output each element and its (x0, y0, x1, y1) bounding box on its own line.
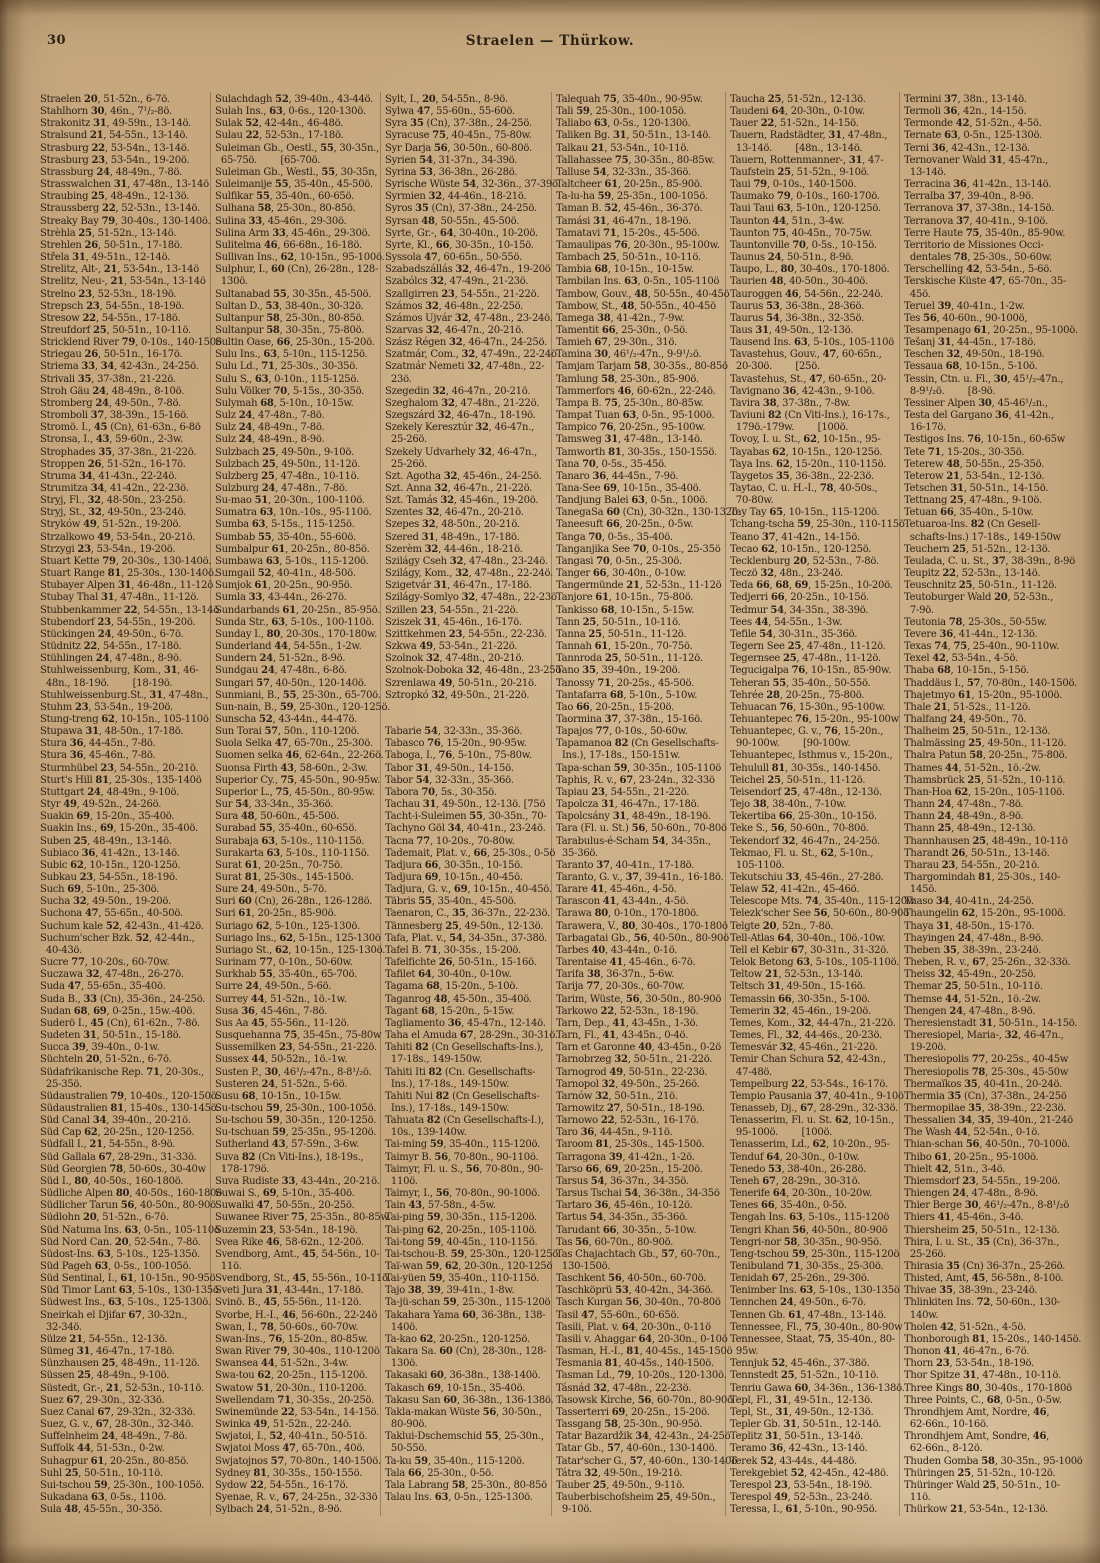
index-entry: Thermopilae 35, 38-39n., 22-23ö. (904, 1103, 1080, 1115)
index-entry: Süd Timor Lant 63, 5-10s., 130-135ö (40, 1285, 211, 1297)
index-entry: Syssola 47, 60-65n., 50-55ö. (385, 252, 552, 264)
index-entry: Strehlen 26, 50-51n., 17-18ö. (40, 240, 211, 252)
index-entry: Tana 70, 0-5s., 35-45ö. (556, 459, 726, 471)
index-entry: Szt. Anna 32, 46-47n., 21-22ö. (385, 483, 552, 495)
index-entry: Tahiti 82 (Cn Gesellschafts-Ins.), (385, 1042, 552, 1054)
index-entry: Strelitz, Neu-, 21, 53-54n., 13-14ö (40, 276, 211, 288)
index-entry: Szt. Tamás 32, 45-46n., 19-20ö. (385, 495, 552, 507)
index-entry: Sulz 24, 48-49n., 8-9ö. (215, 434, 382, 446)
index-entry: Taunton 44, 51n., 3-4w. (730, 216, 900, 228)
index-entry: Tamsweg 31, 47-48n., 13-14ö. (556, 434, 726, 446)
index-entry: Talequah 75, 35-40n., 90-95w. (556, 94, 726, 106)
index-entry: Suwalki 47, 50-55n., 20-25ö. (215, 1200, 382, 1212)
index-entry (385, 714, 552, 726)
index-entry: Susu 68, 10-15n., 10-15w. (215, 1091, 382, 1103)
index-entry: Tenes 66, 35-40n., 0-5ö. (730, 1200, 900, 1212)
index-entry: Striema 33, 34, 42-43n., 24-25ö. (40, 361, 211, 373)
index-entry: Suchum'scher Bzk. 52, 42-44n., (40, 933, 211, 945)
index-entry: Talau Ins. 63, 0-5n., 125-130ö. (385, 1492, 552, 1504)
index-entry: Swa-tou 62, 20-25n., 115-120ö. (215, 1370, 382, 1382)
index-entry: Sur 54, 33-34n., 35-36ö. (215, 799, 382, 811)
index-entry: Taschköprü 53, 40-42n., 34-36ö. (556, 1285, 726, 1297)
index-entry: Sulz 24, 47-48n., 7-8ö. (215, 410, 382, 422)
index-entry: Tas Chajachtach Gb., 57, 60-70n., (556, 1249, 726, 1261)
index-entry: Tefile 54, 30-31n., 35-36ö. (730, 629, 900, 641)
index-entry: Terschelling 42, 53-54n., 5-6ö. (904, 264, 1080, 276)
index-entry: Sulzbach 25, 49-50n., 11-12ö. (215, 459, 382, 471)
index-entry: Suri 61, 20-25n., 85-90ö. (215, 908, 382, 920)
index-entry: Taunus 24, 50-51n., 8-9ö. (730, 252, 900, 264)
index-entry: Termini 37, 38n., 13-14ö. (904, 94, 1080, 106)
index-entry: Thermaïkos 35, 40-41n., 20-24ö. (904, 1079, 1080, 1091)
index-entry: Sveti Jura 31, 43-44n., 17-18ö. (215, 1285, 382, 1297)
index-entry: Tarnopol 32, 49-50n., 25-26ö. (556, 1079, 726, 1091)
index-entry: Surkhab 55, 35-40n., 65-70ö. (215, 969, 382, 981)
index-entry: Tholen 42, 51-52n., 4-5ö. (904, 1322, 1080, 1334)
index-entry: Tann 25, 50-51n., 10-11ö. (556, 617, 726, 629)
index-entry: Thayingen 24, 47-48n., 8-9ö. (904, 933, 1080, 945)
index-entry: Südwest Ins., 63, 5-10s., 125-130ö. (40, 1297, 211, 1309)
index-entry: Szabadszállás 32, 46-47n., 19-20ö (385, 264, 552, 276)
index-entry: Tarbes 40, 43-44n., 0-1ö. (556, 945, 726, 957)
index-entry: Szilágy-Somlyo 32, 47-48n., 22-23ö (385, 592, 552, 604)
index-entry: Taytao, C. u. H.-I., 78, 40-50s., (730, 483, 900, 495)
index-entry: Syrte, Gr.-, 64, 30-40n., 10-20ö. (385, 228, 552, 240)
index-entry: Tagama 68, 15-20n., 5-10ö. (385, 981, 552, 993)
index-entry: 178-179ö. (215, 1164, 382, 1176)
index-entry: Sun-nain, B., 59, 25-30n., 120-125ö. (215, 702, 382, 714)
index-entry: Suriago 62, 5-10n., 125-130ö. (215, 921, 382, 933)
index-entry: 25-26ö. (385, 459, 552, 471)
index-entry: Tai-ming 59, 35-40n., 115-120ö. (385, 1139, 552, 1151)
index-entry: 32-34ö. (40, 1322, 211, 1334)
index-entry: Syrte, Kl., 66, 30-35n., 10-15ö. (385, 240, 552, 252)
index-entry: Swjatoi Moss 47, 65-70n., 40ö. (215, 1443, 382, 1455)
index-entry: Subkau 23, 54-55n., 18-19ö. (40, 872, 211, 884)
index-entry: 140w. (904, 1310, 1080, 1322)
index-entry: Thannhausen 25, 48-49n., 10-11ö (904, 836, 1080, 848)
index-entry: Terranova 37, 40-41n., 9-10ö. (904, 216, 1080, 228)
index-entry: Temes, Fl., 32, 44-46s., 20-23ö. (730, 1030, 900, 1042)
index-entry: Taimyr, Fl. u. S., 56, 70-80n., 90- (385, 1164, 552, 1176)
index-entry: Surre 24, 49-50n., 5-6ö. (215, 981, 382, 993)
index-entry: Telgte 20, 52n., 7-8ö. (730, 921, 900, 933)
index-entry: Thiers 41, 45-46n., 3-4ö. (904, 1212, 1080, 1224)
index-entry: Tagant 68, 15-20n., 5-15w. (385, 1006, 552, 1018)
index-entry: Strakonitz 31, 49-59n., 13-14ö. (40, 118, 211, 130)
index-entry: Stresow 22, 54-55n., 17-18ö. (40, 313, 211, 325)
index-entry: Tangermünde 21, 52-53n., 11-12ö (556, 580, 726, 592)
index-entry: Suzemin 23, 53-54n., 18-19ö. (215, 1225, 382, 1237)
index-entry: Tapolcsány 31, 48-49n., 18-19ö. (556, 811, 726, 823)
index-entry: Ta-ku 59, 35-40n., 115-120ö. (385, 1456, 552, 1468)
index-entry: 130ö. (215, 276, 382, 288)
index-entry: Tabora 70, 5s., 30-35ö. (385, 787, 552, 799)
index-entry: Tai-yüen 59, 35-40n., 110-115ö. (385, 1273, 552, 1285)
index-entry: Theben, R. v., 67, 25-26n., 32-33ö. (904, 957, 1080, 969)
index-entry: Strasswalchen 31, 47-48n., 13-14ö (40, 179, 211, 191)
index-entry: Tarabulus-é-Scham 54, 34-35n., (556, 836, 726, 848)
index-entry: Takla-makan Wüste 56, 30-50n., (385, 1407, 552, 1419)
index-entry: Swinemünde 22, 53-54n., 14-15ö. (215, 1407, 382, 1419)
index-entry: Südlicher Tarun 56, 40-50n., 80-90ö (40, 1200, 211, 1212)
index-entry: Tenasserim, Ld., 62, 10-20n., 95- (730, 1139, 900, 1151)
index-entry: Thamsbrück 25, 51-52n., 10-11ö. (904, 775, 1080, 787)
index-entry: Surakarta 63, 5-10s., 110-115ö. (215, 848, 382, 860)
index-entry: Syrmien 32, 44-46n., 18-21ö. (385, 191, 552, 203)
index-entry: Tai-ping 59, 30-35n., 115-120ö. (385, 1212, 552, 1224)
index-entry: Tachau 31, 49-50n., 12-13ö. [75ö (385, 799, 552, 811)
index-entry: Thiengen 24, 47-48n., 8-9ö. (904, 1188, 1080, 1200)
index-entry: Sulphur, I., 60 (Cn), 26-28n., 128- (215, 264, 382, 276)
index-entry: Strelno 23, 52-53n., 18-19ö. (40, 289, 211, 301)
index-entry: Temir Chan Schura 52, 42-43n., (730, 1054, 900, 1066)
index-entry: Tala 66, 25-30n., 0-5ö. (385, 1468, 552, 1480)
index-entry: Tarudant 66, 30-35n., 5-10w. (556, 1225, 726, 1237)
index-entry: Stroh Gäu 24, 48-49n., 8-10ö. (40, 386, 211, 398)
index-entry: Süd I., 80, 40-50s., 160-180ö. (40, 1176, 211, 1188)
index-entry: Syrsan 48, 50-55n., 45-50ö. (385, 216, 552, 228)
index-entry: Takasu San 60, 36-38n., 136-138ö. (385, 1395, 552, 1407)
index-entry: Tenriu Gawa 60, 34-36n., 136-138ö. (730, 1383, 900, 1395)
index-entry: 35-36ö. (556, 848, 726, 860)
index-entry: Sylbach 24, 51-52n., 8-9ö. (215, 1504, 382, 1516)
index-entry: Thuden Gomba 58, 30-35n., 95-100ö (904, 1456, 1080, 1468)
index-entry: Süd Georgien 78, 50-60s., 30-40w (40, 1164, 211, 1176)
index-entry: Tavignano 36, 42-43n., 9-10ö. (730, 386, 900, 398)
index-entry: Tamworth 81, 30-35s., 150-155ö. (556, 447, 726, 459)
index-entry: Taschkent 56, 40-50n., 60-70ö. (556, 1273, 726, 1285)
index-entry: Tafa, Plat. v., 54, 34-35n., 37-38ö. (385, 933, 552, 945)
index-entry: Straussberg 22, 52-53n., 13-14ö. (40, 203, 211, 215)
index-entry: Takahara Yama 60, 36-38n., 138- (385, 1310, 552, 1322)
index-entry: 13-14ö. [48n., 13-14ö. (730, 143, 900, 155)
index-entry: 45ö. (904, 289, 1080, 301)
index-entry: Tennstedt 25, 51-52n., 10-11ö. (730, 1370, 900, 1382)
index-entry: Thiemsdorf 23, 54-55n., 19-20ö. (904, 1176, 1080, 1188)
index-entry: Sus Aa 45, 55-56n., 11-12ö. (215, 1018, 382, 1030)
index-entry: Tennjuk 52, 45-46n., 37-38ö. (730, 1358, 900, 1370)
index-entry: Suez 67, 29-30n., 32-33ö. (40, 1395, 211, 1407)
index-entry: Sumgail 52, 40-41n., 48-50ö. (215, 568, 382, 580)
index-entry: 110ö. (385, 1176, 552, 1188)
index-entry: Teterow 21, 53-54n., 12-13ö. (904, 471, 1080, 483)
index-entry: Teupitz 22, 52-53n., 13-14ö. (904, 568, 1080, 580)
index-entry: Szittkehmen 23, 54-55n., 22-23ö. (385, 629, 552, 641)
index-entry: Sylwa 47, 55-60n., 55-60ö. (385, 106, 552, 118)
index-entry: Strophades 35, 37-38n., 21-22ö. (40, 447, 211, 459)
index-entry: Tarnobrzeg 32, 50-51n., 21-22ö. (556, 1054, 726, 1066)
index-entry: Tartaro 36, 45-46n., 10-12ö. (556, 1200, 726, 1212)
index-entry: Taimyr, I., 56, 70-80n., 90-100ö. (385, 1188, 552, 1200)
index-entry: Ternate 63, 0-5n., 125-130ö. (904, 130, 1080, 142)
index-entry: Terespol 23, 53-54n., 18-19ö. (730, 1480, 900, 1492)
index-entry: Szrenlawa 49, 50-51n., 20-21ö. (385, 678, 552, 690)
index-entry: Tagliamento 36, 45-47n., 12-14ö. (385, 1018, 552, 1030)
index-entry: Themar 25, 50-51n., 10-11ö. (904, 981, 1080, 993)
index-entry: Sunscha 52, 43-44n., 44-47ö. (215, 714, 382, 726)
index-entry: Taltcheer 61, 20-25n., 85-90ö. (556, 179, 726, 191)
index-entry: Tarim, Wüste, 56, 30-50n., 80-90ö (556, 994, 726, 1006)
index-entry: Tarn, Fl., 41, 43-45n., 0-4ö. (556, 1030, 726, 1042)
index-entry: Tabarie 54, 32-33n., 35-36ö. (385, 726, 552, 738)
index-entry: Suffelnheim 24, 48-49n., 7-8ö. (40, 1431, 211, 1443)
index-entry: Teutonia 78, 25-30s., 50-55w. (904, 617, 1080, 629)
index-entry: Teisendorf 25, 47-48n., 12-13ö. (730, 787, 900, 799)
index-entry: Thirasia 35 (Cn) 36-37n., 25-26ö. (904, 1261, 1080, 1273)
index-entry: Tekertiba 66, 25-30n., 10-15ö. (730, 811, 900, 823)
index-entry: Tao 66, 20-25n., 15-20ö. (556, 702, 726, 714)
index-entry: Tarare 41, 45-46n., 4-5ö. (556, 884, 726, 896)
index-entry: Sumbab 55, 35-40n., 55-60ö. (215, 532, 382, 544)
index-entry: Tannah 61, 15-20n., 70-75ö. (556, 641, 726, 653)
index-entry: Tenerife 64, 20-30n., 10-20w. (730, 1188, 900, 1200)
index-entry: Taurus 54, 36-38n., 32-35ö. (730, 313, 900, 325)
index-entry: Tenasseb, Dj., 67, 28-29n., 32-33ö. (730, 1103, 900, 1115)
index-entry: Tapa-schan 59, 30-35n., 105-110ö (556, 763, 726, 775)
index-entry: Südafrikanische Rep. 71, 20-30s., (40, 1067, 211, 1079)
index-entry: Tasman Ld., 79, 10-20s., 120-130ö. (556, 1370, 726, 1382)
index-entry: Sukadana 63, 0-5s., 110ö. (40, 1492, 211, 1504)
index-entry: Tasili, Plat. v. 64, 20-30n., 0-11ö (556, 1322, 726, 1334)
index-entry: Tauer 22, 51-52n., 14-15ö. (730, 118, 900, 130)
index-entry: Suriago St., 62, 10-15n., 125-130ö. (215, 945, 382, 957)
index-entry: Tay Tay 65, 10-15n., 115-120ö. (730, 507, 900, 519)
index-entry: Thargomindah 81, 25-30s., 140- (904, 872, 1080, 884)
index-entry: Tevere 36, 41-44n., 12-13ö. (904, 629, 1080, 641)
index-entry: Temassin 66, 30-35n., 5-10ö. (730, 994, 900, 1006)
index-entry: Szolnok-Doboka 32, 46-48n., 23-25ö (385, 665, 552, 677)
index-entry: Teuchern 25, 51-52n., 12-13ö. (904, 544, 1080, 556)
index-entry: Stubayer Alpen 31, 46-48n., 11-12ö (40, 580, 211, 592)
index-entry: Theben 35, 38-39n., 23-24ö. (904, 945, 1080, 957)
index-entry: Tarbagatai Gb., 56, 40-50n., 80-90ö (556, 933, 726, 945)
index-entry: Tatar Gb., 57, 40-60n., 130-140ö. (556, 1443, 726, 1455)
index-entry: 70-80w. (730, 495, 900, 507)
index-entry: Suda B., 33 (Cn), 35-36n., 24-25ö. (40, 994, 211, 1006)
index-entry: Tasili v. Ahaggar 64, 20-30n., 0-10ö (556, 1334, 726, 1346)
index-entry: Ta-kao 62, 20-25n., 120-125ö. (385, 1334, 552, 1346)
index-entry: Szt. Agotha 32, 45-46n., 24-25ö. (385, 471, 552, 483)
index-entry: 16-17ö. (904, 422, 1080, 434)
index-entry: Surinam 77, 0-10n., 50-60w. (215, 957, 382, 969)
index-entry: 95w. (730, 1346, 900, 1358)
index-entry: Stüdnitz 22, 54-55n., 17-18ö. (40, 641, 211, 653)
index-entry: Swatow 51, 20-30n., 110-120ö. (215, 1383, 382, 1395)
index-entry: Teheran 55, 35-40n., 50-55ö. (730, 678, 900, 690)
index-entry: Tapamanoa 82 (Cn Gesellschafts- (556, 738, 726, 750)
index-entry: Teichel 25, 50-51n., 11-12ö. (730, 775, 900, 787)
index-entry: Sultanpur 58, 25-30n., 80-85ö. (215, 313, 382, 325)
index-entry: Taha el Amuda 67, 28-29n., 30-31ö. (385, 1030, 552, 1042)
index-entry: Taucha 25, 51-52n., 12-13ö. (730, 94, 900, 106)
index-entry: Thaddäus I., 57, 70-80n., 140-150ö. (904, 678, 1080, 690)
index-entry: Tanossy 71, 20-25s., 45-50ö. (556, 678, 726, 690)
index-entry: Tasil 47, 55-60n., 60-65ö. (556, 1310, 726, 1322)
index-entry: Teczö 32, 48n., 23-24ö. (730, 568, 900, 580)
index-entry: Temes, Kom., 32, 44-47n., 21-22ö. (730, 1018, 900, 1030)
index-entry: Stubbenkammer 22, 54-55n., 13-14ö (40, 605, 211, 617)
index-entry: Taklui-Dschemschid 55, 25-30n., (385, 1431, 552, 1443)
index-entry: Teruel 39, 40-41n., 1-2w. (904, 301, 1080, 313)
index-entry: Subiaco 36, 41-42n., 13-14ö. (40, 848, 211, 860)
index-entry: Tavira 38, 37-38n., 7-8w. (730, 398, 900, 410)
index-entry: Taroom 81, 25-30s., 145-150ö. (556, 1139, 726, 1151)
index-entry: Tarija 77, 20-30s., 60-70w. (556, 981, 726, 993)
index-entry: Szkwa 49, 53-54n., 21-22ö. (385, 641, 552, 653)
index-entry: Tauern, Radstädter, 31, 47-48n., (730, 130, 900, 142)
index-entry: Stupawa 31, 48-50n., 17-18ö. (40, 726, 211, 738)
index-entry: Süd Natuma Ins. 63, 0-5n., 105-110ö (40, 1225, 211, 1237)
index-entry: Tegern See 25, 47-48n., 11-12ö. (730, 641, 900, 653)
index-entry: Szatmár Nemeti 32, 47-48n., 22- (385, 361, 552, 373)
index-entry: Szentes 32, 46-47n., 20-21ö. (385, 507, 552, 519)
index-entry: Tarascon 41, 43-44n., 4-5ö. (556, 896, 726, 908)
index-entry: Szepes 32, 48-50n., 20-21ö. (385, 519, 552, 531)
index-entry: Surrey 44, 51-52n., 1ö.-1w. (215, 994, 382, 1006)
index-entry: Tenduf 64, 20-30n., 0-10w. (730, 1152, 900, 1164)
index-entry: Tedjerri 66, 20-25n., 10-15ö. (730, 592, 900, 604)
index-entry: Teng-tschou 59, 25-30n., 115-120ö (730, 1249, 900, 1261)
index-entry: Tammerfors 46, 60-62n., 22-24ö. (556, 386, 726, 398)
index-entry: Tehuantepec 76, 15-20n., 95-100w (730, 714, 900, 726)
index-entry: Szegszárd 32, 46-47n., 18-19ö. (385, 410, 552, 422)
index-entry: 13-14ö. (904, 167, 1080, 179)
index-entry: Su-mao 51, 20-30n., 100-110ö. (215, 495, 382, 507)
index-entry: Stuhlweissenburg.St., 31, 47-48n., (40, 690, 211, 702)
index-entry: Teulada, C. u. St., 37, 38-39n., 8-9ö (904, 556, 1080, 568)
index-entry: Sumatra 63, 10n.-10s., 95-110ö. (215, 507, 382, 519)
index-entry: schafts-Ins.) 17-18s., 149-150w (904, 532, 1080, 544)
index-entry: 140ö. (385, 1322, 552, 1334)
index-entry: Syracuse 75, 40-45n., 75-80w. (385, 130, 552, 142)
index-entry: Thames 44, 51-52n., 1ö.-2w. (904, 763, 1080, 775)
index-entry: Tauntonville 70, 0-5s., 10-15ö. (730, 240, 900, 252)
index-entry: Suchum kale 52, 42-43n., 41-42ö. (40, 921, 211, 933)
index-entry: Szegedin 32, 46-47n., 20-21ö. (385, 386, 552, 398)
index-entry: 20-30ö. [25ö. (730, 361, 900, 373)
index-entry: Tengah Ins. 63, 5-10s., 115-120ö (730, 1212, 900, 1224)
index-entry: Süssen 25, 48-49n., 9-10ö. (40, 1370, 211, 1382)
index-entry: Swellendam 71, 30-35s., 20-25ö. (215, 1395, 382, 1407)
index-entry: Sulina Arm 33, 45-46n., 29-30ö. (215, 228, 382, 240)
index-entry: Taï-wan 59, 62, 20-30n., 120-125ö (385, 1261, 552, 1273)
index-entry: Taliken Bg. 31, 50-51n., 13-14ö. (556, 130, 726, 142)
index-entry: Swan River 79, 30-40s., 110-120ö (215, 1346, 382, 1358)
index-entry: Tambia 68, 10-15n., 10-15w. (556, 264, 726, 276)
index-entry: Teuschnitz 25, 50-51n., 11-12ö. (904, 580, 1080, 592)
index-entry: Szered 31, 48-49n., 17-18ö. (385, 532, 552, 544)
index-entry: 9-10ö. (556, 1504, 726, 1516)
index-entry: Szigetvár 31, 46-47n., 17-18ö. (385, 580, 552, 592)
index-entry: Suakin 69, 15-20n., 35-40ö. (40, 811, 211, 823)
index-entry: Strepsch 23, 54-55n., 18-19ö. (40, 301, 211, 313)
index-entry: Territorio de Missiones Occi- (904, 240, 1080, 252)
index-entry: Täbris 55, 35-40n., 45-50ö. (385, 896, 552, 908)
index-entry: Suriago Ins., 62, 5-15n., 125-130ö (215, 933, 382, 945)
scanned-atlas-index-page: 30 Straelen — Thürkow. Straelen 20, 51-5… (0, 0, 1100, 1563)
index-entry: Tarnowitz 27, 50-51n., 18-19ö. (556, 1103, 726, 1115)
index-column-4: Talequah 75, 35-40n., 90-95w.Tali 59, 25… (556, 94, 726, 1516)
index-entry: Tauberbischofsheim 25, 49-50n., (556, 1492, 726, 1504)
index-entry: Terre Haute 75, 35-40n., 85-90w. (904, 228, 1080, 240)
index-entry: Tátra 32, 49-50n., 19-21ö. (556, 1468, 726, 1480)
index-entry: Thian-schan 56, 40-50n., 70-100ö. (904, 1139, 1080, 1151)
index-entry: Subic 62, 10-15n., 120-125ö. (40, 860, 211, 872)
index-entry: Suva 82 (Cn Viti-Ins.), 18-19s., (215, 1152, 382, 1164)
index-entry: Ternovaner Wald 31, 45-47n., (904, 155, 1080, 167)
index-entry: Thalmässing 25, 49-50n., 11-12ö. (904, 738, 1080, 750)
index-entry: Teplitz 31, 50-51n., 13-14ö. (730, 1431, 900, 1443)
index-entry: Teressa, I., 61, 5-10n., 90-95ö. (730, 1504, 900, 1516)
index-entry: 65-75ö. [65-70ö. (215, 155, 382, 167)
index-entry: Strelitz, Alt-, 21, 53-54n., 13-14ö (40, 264, 211, 276)
index-entry: Thüringen 25, 51-52n., 10-12ö. (904, 1468, 1080, 1480)
index-entry: Stromö. I., 45 (Cn), 61-63n., 6-8ö (40, 422, 211, 434)
index-entry: Szallgirren 23, 54-55n., 21-22ö. (385, 289, 552, 301)
index-entry: Thira, I. u. St., 35 (Cn), 36-37n., (904, 1237, 1080, 1249)
index-entry: Sulau 22, 52-53n., 17-18ö. (215, 130, 382, 142)
index-entry: Three Kings 80, 30-40s., 170-180ö (904, 1383, 1080, 1395)
index-entry: Szilágy, Kom., 32, 47-48n., 22-24ö. (385, 568, 552, 580)
index-entry: Tankisso 68, 10-15n., 5-15w. (556, 605, 726, 617)
index-entry: Stura 36, 44-45n., 7-8ö. (40, 738, 211, 750)
index-entry (385, 702, 552, 714)
index-entry: Stung-treng 62, 10-15n., 105-110ö (40, 714, 211, 726)
index-entry: Terni 36, 42-43n., 12-13ö. (904, 143, 1080, 155)
index-entry: Sunda Str., 63, 5-10s., 100-110ö. (215, 617, 382, 629)
index-entry: Swansea 44, 51-52n., 3-4w. (215, 1358, 382, 1370)
index-entry: Thisted, Amt, 45, 56-58n., 8-10ö. (904, 1273, 1080, 1285)
index-entry: Sutherland 43, 57-59n., 3-6w. (215, 1139, 382, 1151)
index-entry: 130ö. (385, 1358, 552, 1370)
index-entry: Tekendorf 32, 46-47n., 24-25ö. (730, 836, 900, 848)
index-entry: Tallahassee 75, 30-35n., 80-85w. (556, 155, 726, 167)
index-entry: Tennessee, Fl., 75, 30-40n., 80-90w (730, 1322, 900, 1334)
index-entry: Suleiman Gb., Westl., 55, 30-35n, (215, 167, 382, 179)
index-entry: Strzalkowo 49, 53-54n., 20-21ö. (40, 532, 211, 544)
index-entry: Szerèm 32, 44-46n., 18-21ö. (385, 544, 552, 556)
index-entry: Terekgebiet 52, 42-45n., 42-48ö. (730, 1468, 900, 1480)
index-entry: Strèhla 25, 51-52n., 13-14ö. (40, 228, 211, 240)
index-entry: Tesmania 81, 40-45s., 140-150ö. (556, 1358, 726, 1370)
index-entry: Süd Canal 34, 39-40n., 20-21ö. (40, 1115, 211, 1127)
index-entry: Südost-Ins. 63, 5-10s., 125-135ö. (40, 1249, 211, 1261)
index-entry: Taman B. 52, 45-46n., 36-37ö. (556, 203, 726, 215)
index-entry: Tetuaroa-Ins. 82 (Cn Gesell- (904, 519, 1080, 531)
index-entry: Tarso 66, 69, 20-25n., 15-20ö. (556, 1164, 726, 1176)
index-entry: 179ö.-179w. [100ö. (730, 422, 900, 434)
index-entry: Suola Selka 47, 65-70n., 25-30ö. (215, 738, 382, 750)
index-entry: Sumbawa 63, 5-10s., 115-120ö. (215, 556, 382, 568)
index-entry: Sumbalpur 61, 20-25n., 80-85ö. (215, 544, 382, 556)
index-entry: Tenasserim, Fl. u. St. 62, 10-15n., (730, 1115, 900, 1127)
index-entry: Sultin Oase, 66, 25-30n., 15-20ö. (215, 337, 382, 349)
index-entry: Testigos Ins. 76, 10-15n., 60-65w (904, 434, 1080, 446)
index-entry: Stühlingen 24, 47-48n., 8-9ö. (40, 653, 211, 665)
index-entry: Tanna 25, 50-51n., 11-12ö. (556, 629, 726, 641)
index-entry: Stückingen 24, 49-50n., 6-7ö. (40, 629, 211, 641)
index-entry: 7-9ö. (904, 605, 1080, 617)
index-entry: Suleimanije 55, 35-40n., 45-50ö. (215, 179, 382, 191)
index-entry: Takara Sa. 60 (Cn), 28-30n., 128- (385, 1346, 552, 1358)
index-entry: Terracina 36, 41-42n., 13-14ö. (904, 179, 1080, 191)
index-entry: Sylt, I., 20, 54-55n., 8-9ö. (385, 94, 552, 106)
index-entry: Tees 44, 54-55n., 1-3w. (730, 617, 900, 629)
index-entry: Stahlhorn 30, 46n., 7¹/₂-8ö. (40, 106, 211, 118)
index-entry: Suda 47, 55-65n., 35-40ö. (40, 981, 211, 993)
index-entry: Suben 25, 48-49n., 13-14ö. (40, 836, 211, 848)
